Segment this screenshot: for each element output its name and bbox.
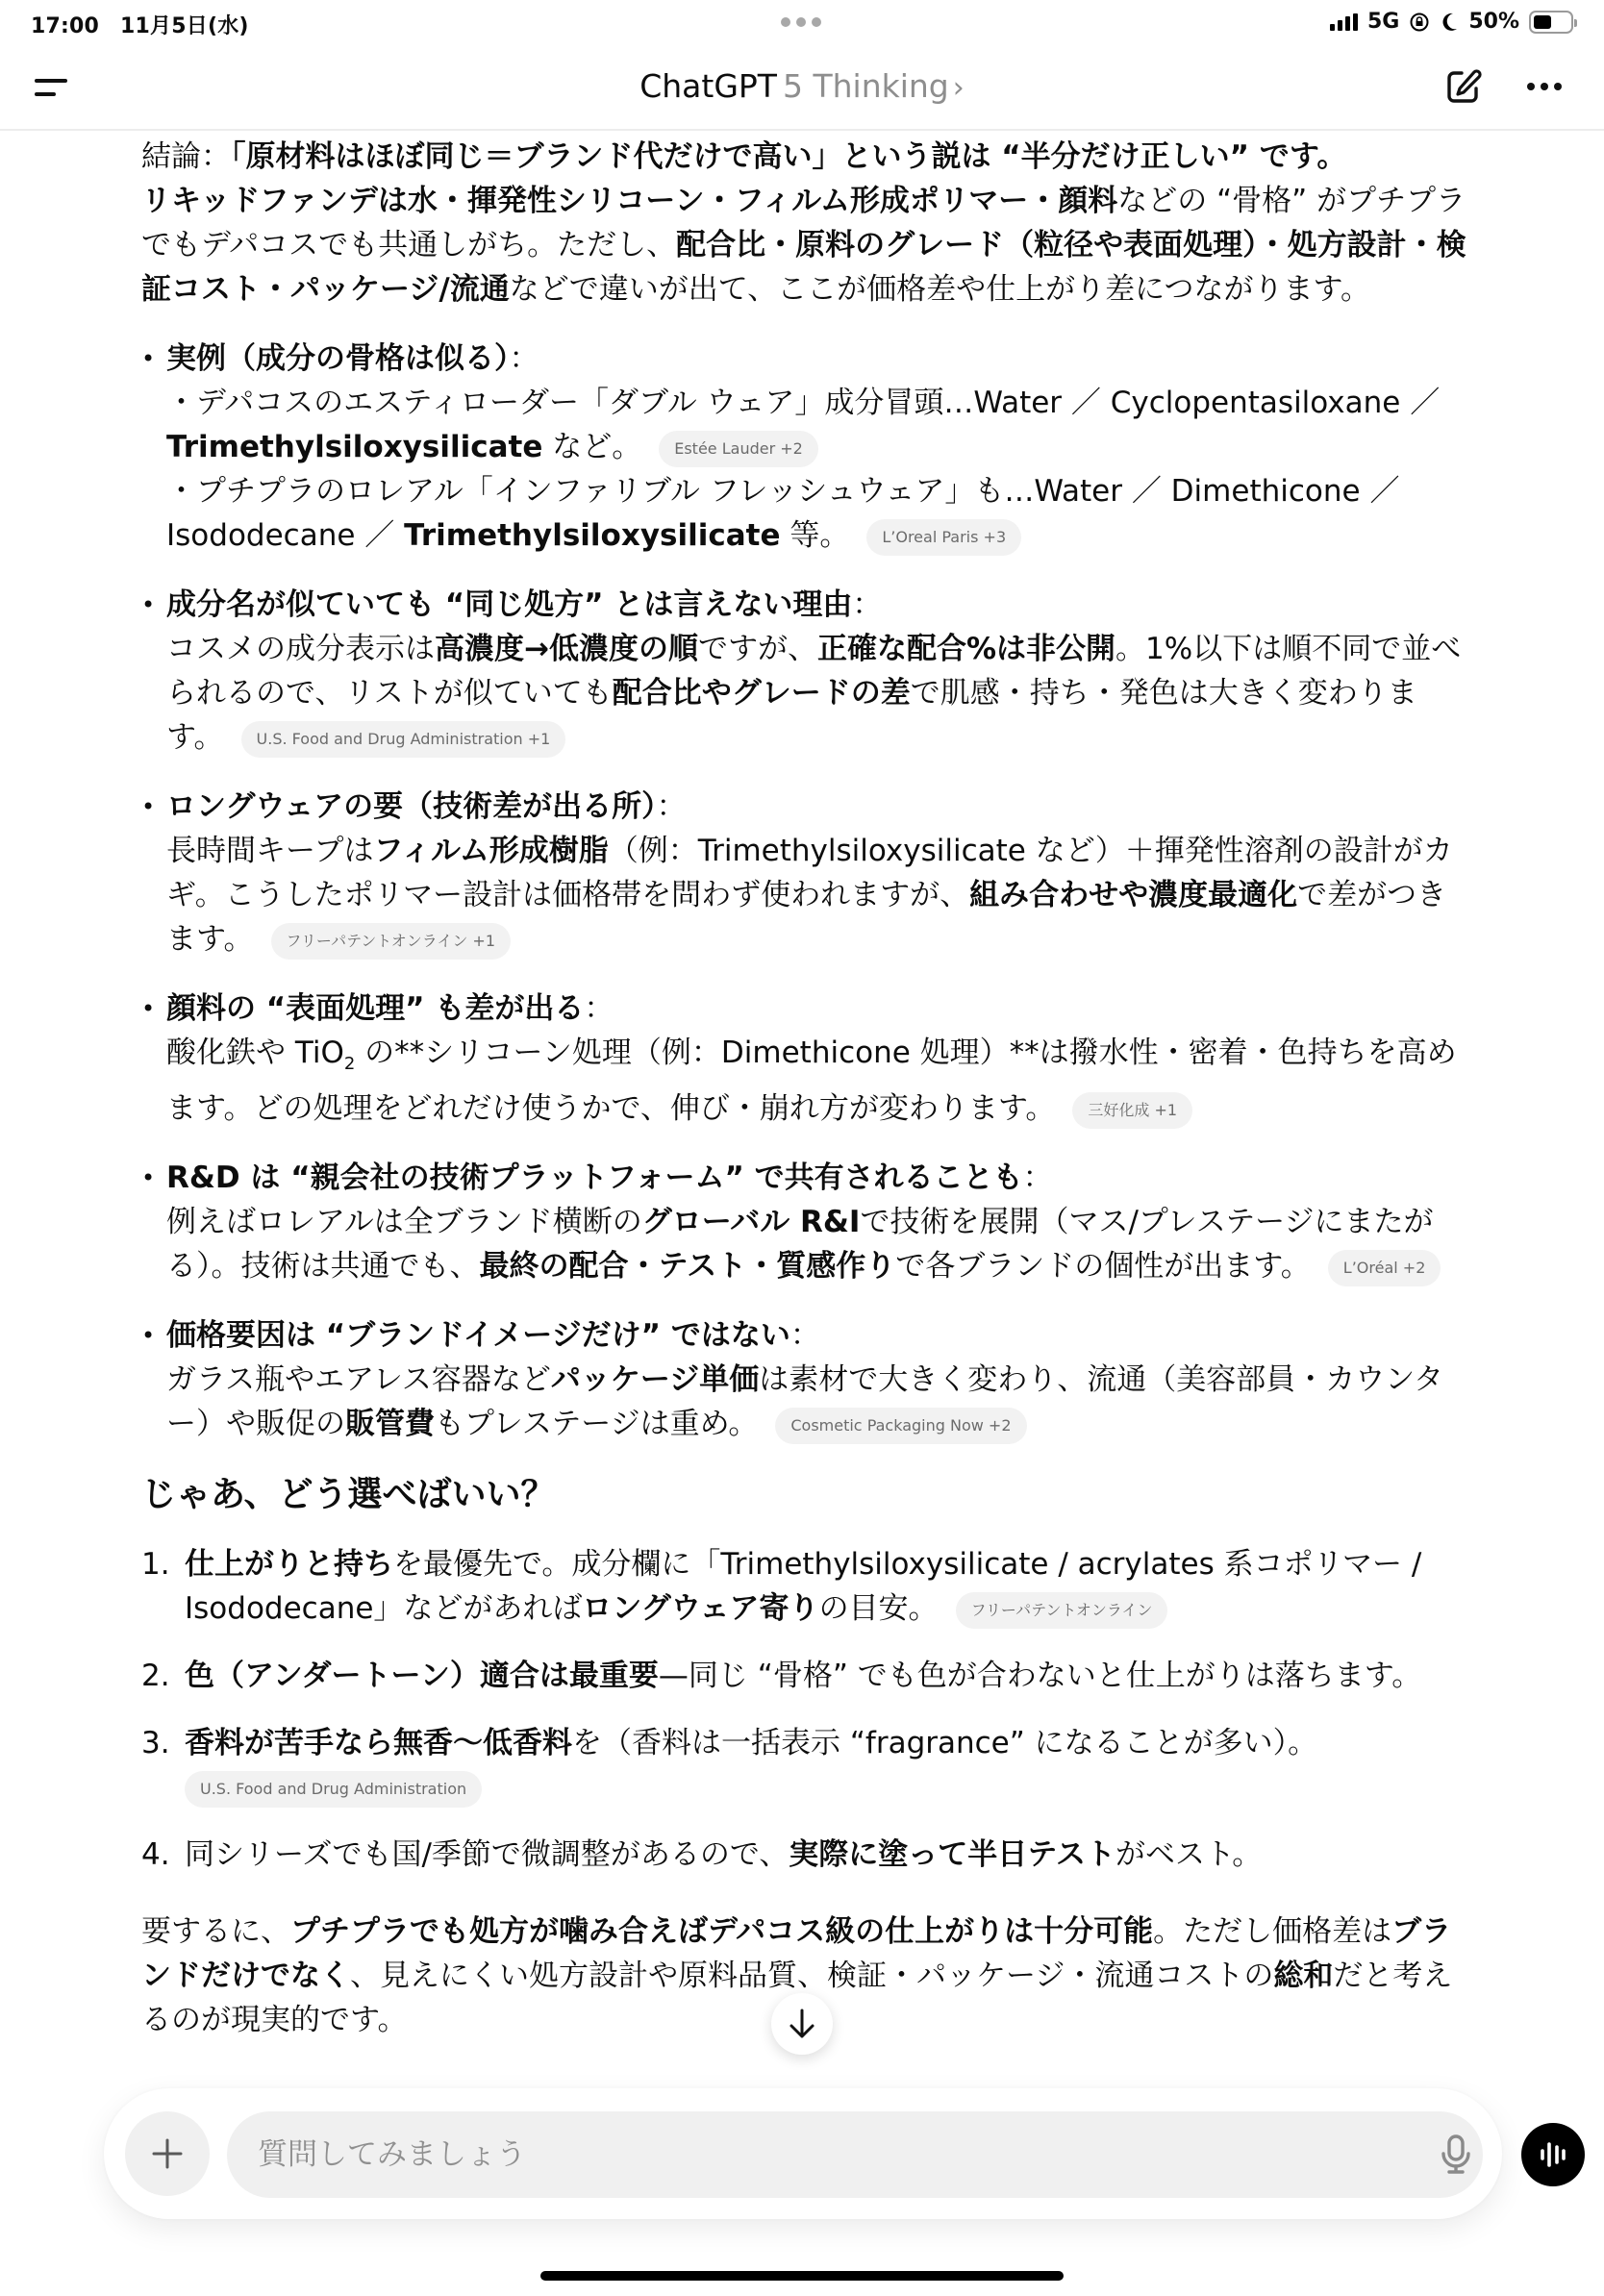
section-heading: じゃあ、どう選べばいい？ [141, 1471, 1468, 1519]
assistant-message: 結論：「原材料はほぼ同じ＝ブランド代だけで高い」という説は “半分だけ正しい” … [141, 135, 1468, 2042]
text: ： [510, 341, 539, 376]
text: 長時間キープは [166, 834, 373, 868]
source-chip[interactable]: U.S. Food and Drug Administration [185, 1771, 482, 1808]
arrow-down-icon [787, 2008, 817, 2040]
text: ： [657, 789, 687, 824]
bold-text: 「原材料はほぼ同じ＝ブランド代だけで高い」という説は “半分だけ正しい” です。 [231, 139, 1346, 174]
scroll-to-bottom-button[interactable] [771, 1993, 833, 2055]
bold-text: 組み合わせや濃度最適化 [969, 878, 1297, 912]
source-chip[interactable]: Cosmetic Packaging Now +2 [775, 1408, 1026, 1444]
more-options-button[interactable] [1527, 83, 1562, 90]
signal-icon [1330, 13, 1358, 31]
item-title: 価格要因は “ブランドイメージだけ” ではない [166, 1318, 790, 1353]
status-time: 17:00 [31, 14, 99, 38]
list-item: 1. 仕上がりと持ちを最優先で。成分欄に「Trimethylsiloxysili… [141, 1542, 1468, 1631]
text: 、見えにくい処方設計や原料品質、検証・パッケージ・流通コストの [350, 1959, 1273, 1993]
message-input[interactable] [258, 2111, 1316, 2198]
text: 酸化鉄や TiO [166, 1036, 344, 1070]
text: ： [1023, 1160, 1053, 1195]
attach-button[interactable] [125, 2111, 210, 2196]
bold-text: Trimethylsiloxysilicate [166, 430, 542, 464]
bold-text: パッケージ単価 [551, 1362, 759, 1397]
plus-icon [150, 2136, 185, 2171]
text: 等。 [781, 518, 850, 553]
list-item: 実例（成分の骨格は似る）： ・デパコスのエスティローダー「ダブル ウェア」成分冒… [141, 337, 1468, 558]
list-number: 4. [141, 1833, 170, 1877]
bold-text: 正確な配合%は非公開 [817, 632, 1115, 666]
bold-text: 販管費 [345, 1407, 435, 1441]
composer [104, 2088, 1502, 2219]
bold-text: 配合比やグレードの差 [613, 676, 911, 711]
text: —同じ “骨格” でも色が合わないと仕上がりは落ちます。 [659, 1659, 1421, 1693]
list-item: R&D は “親会社の技術プラットフォーム” で共有されることも： 例えばロレア… [141, 1156, 1468, 1288]
list-number: 3. [141, 1721, 170, 1765]
source-chip[interactable]: L’Oreal Paris +3 [866, 519, 1021, 556]
text: コスメの成分表示は [166, 632, 435, 666]
item-title: 顔料の “表面処理” も差が出る [166, 991, 584, 1026]
list-item: 価格要因は “ブランドイメージだけ” ではない： ガラス瓶やエアレス容器などパッ… [141, 1313, 1468, 1446]
dictation-button[interactable] [1435, 2133, 1477, 2177]
text: がベスト。 [1115, 1837, 1262, 1872]
text: ： [790, 1318, 820, 1353]
source-chip[interactable]: フリーパテントオンライン +1 [271, 923, 511, 960]
home-indicator[interactable] [540, 2271, 1064, 2281]
text: ・デパコスのエスティローダー「ダブル ウェア」成分冒頭…Water ／ Cycl… [166, 386, 1440, 420]
bold-text: 香料が苦手なら無香〜低香料 [185, 1726, 572, 1760]
list-number: 2. [141, 1654, 170, 1698]
microphone-icon [1435, 2133, 1477, 2177]
item-title: 成分名が似ていても “同じ処方” とは言えない理由 [166, 587, 852, 622]
list-item: 3. 香料が苦手なら無香〜低香料を（香料は一括表示 “fragrance” にな… [141, 1721, 1468, 1809]
text: など。 [542, 430, 641, 464]
text: を（香料は一括表示 “fragrance” になることが多い）。 [572, 1726, 1317, 1760]
list-item: 顔料の “表面処理” も差が出る： 酸化鉄や TiO2 の**シリコーン処理（例… [141, 986, 1468, 1131]
source-chip[interactable]: U.S. Food and Drug Administration +1 [241, 721, 566, 758]
intro-paragraph: リキッドファンデは水・揮発性シリコーン・フィルム形成ポリマー・顔料などの “骨格… [141, 179, 1468, 312]
source-chip[interactable]: L’Oréal +2 [1328, 1250, 1441, 1286]
list-item: 4. 同シリーズでも国/季節で微調整があるので、実際に塗って半日テストがベスト。 [141, 1833, 1468, 1877]
voice-waveform-icon [1537, 2138, 1569, 2171]
source-chip[interactable]: Estée Lauder +2 [659, 431, 818, 467]
bold-text: 高濃度→低濃度の順 [435, 632, 698, 666]
text: ： [852, 587, 882, 622]
network-label: 5G [1367, 10, 1399, 34]
bold-text: ロングウェア寄り [582, 1591, 818, 1626]
bold-text: Trimethylsiloxysilicate [404, 518, 780, 553]
model-selector[interactable]: ChatGPT5 Thinking› [0, 67, 1604, 105]
list-item: 成分名が似ていても “同じ処方” とは言えない理由： コスメの成分表示は高濃度→… [141, 583, 1468, 760]
bold-text: 最終の配合・テスト・質感作り [480, 1249, 896, 1284]
voice-mode-button[interactable] [1521, 2123, 1585, 2186]
bold-text: リキッドファンデは水・揮発性シリコーン・フィルム形成ポリマー・顔料 [141, 184, 1117, 218]
bold-text: 総和 [1273, 1959, 1333, 1993]
battery-percent: 50% [1468, 10, 1519, 34]
status-bar: 17:0011月5日(水) 5G 50% [0, 0, 1604, 46]
bold-text: プチプラでも処方が噛み合えばデパコス級の仕上がりは十分可能 [290, 1914, 1153, 1949]
list-item: ロングウェアの要（技術差が出る所）： 長時間キープはフィルム形成樹脂（例：Tri… [141, 785, 1468, 961]
status-date: 11月5日(水) [120, 14, 249, 38]
bold-text: 色（アンダートーン）適合は最重要 [185, 1659, 659, 1693]
text: で各ブランドの個性が出ます。 [895, 1249, 1311, 1284]
message-input-container [227, 2111, 1483, 2198]
item-title: ロングウェアの要（技術差が出る所） [166, 789, 657, 824]
battery-icon [1529, 11, 1573, 34]
text: ガラス瓶やエアレス容器など [166, 1362, 551, 1397]
bold-text: グローバル R&I [642, 1205, 861, 1239]
list-number: 1. [141, 1542, 170, 1586]
text: などで違いが出て、ここが価格差や仕上がり差につながります。 [510, 272, 1370, 307]
app-title: ChatGPT [639, 67, 777, 105]
text: ： [584, 991, 614, 1026]
numbered-list: 1. 仕上がりと持ちを最優先で。成分欄に「Trimethylsiloxysili… [141, 1542, 1468, 1877]
bold-text: 仕上がりと持ち [185, 1547, 393, 1582]
bullet-list: 実例（成分の骨格は似る）： ・デパコスのエスティローダー「ダブル ウェア」成分冒… [141, 337, 1468, 1446]
list-item: 2. 色（アンダートーン）適合は最重要—同じ “骨格” でも色が合わないと仕上が… [141, 1654, 1468, 1698]
bold-text: 実際に塗って半日テスト [789, 1837, 1115, 1872]
bold-text: フィルム形成樹脂 [373, 834, 608, 868]
app-header: ChatGPT5 Thinking› [0, 46, 1604, 131]
status-indicators: 5G 50% [1330, 10, 1573, 34]
new-chat-button[interactable] [1442, 65, 1485, 108]
text: もプレステージは重め。 [435, 1407, 758, 1441]
source-chip[interactable]: フリーパテントオンライン [956, 1592, 1168, 1629]
text: 同シリーズでも国/季節で微調整があるので、 [185, 1837, 789, 1872]
moon-icon [1440, 12, 1459, 33]
status-time-date: 17:0011月5日(水) [31, 10, 270, 39]
compose-icon [1442, 65, 1485, 108]
source-chip[interactable]: 三好化成 +1 [1072, 1092, 1192, 1129]
model-name: 5 Thinking [783, 67, 949, 105]
text: 例えばロレアルは全ブランド横断の [166, 1205, 642, 1239]
conclusion-paragraph: 結論：「原材料はほぼ同じ＝ブランド代だけで高い」という説は “半分だけ正しい” … [141, 135, 1468, 179]
subscript: 2 [344, 1054, 355, 1074]
text: 結論： [141, 139, 231, 174]
text: の**シリコーン処理（例：Dimethicone 処理）**は撥水性・密着・色持… [166, 1036, 1457, 1126]
text: 。ただし価格差は [1153, 1914, 1391, 1949]
text: 要するに、 [141, 1914, 290, 1949]
rotation-lock-icon [1409, 12, 1430, 33]
multitask-dots-icon[interactable] [781, 17, 821, 27]
chevron-right-icon: › [953, 71, 965, 105]
text: ですが、 [698, 632, 817, 666]
item-title: 実例（成分の骨格は似る） [166, 341, 510, 376]
item-title: R&D は “親会社の技術プラットフォーム” で共有されることも [166, 1160, 1023, 1195]
text: の目安。 [819, 1591, 939, 1626]
